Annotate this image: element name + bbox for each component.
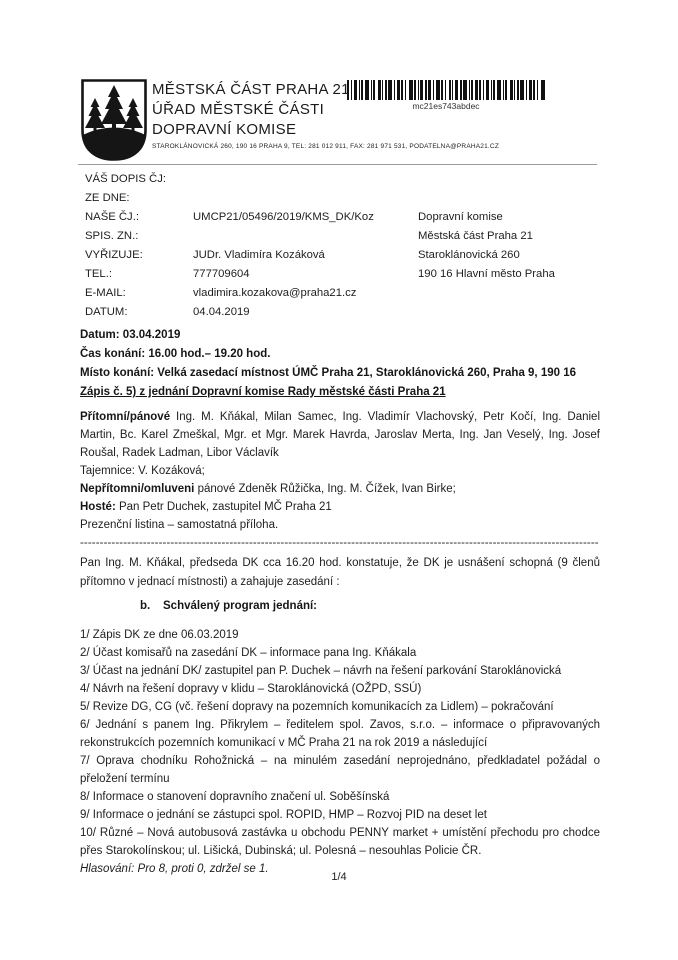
meta-label: VÁŠ DOPIS ČJ: [85, 170, 193, 189]
page-number: 1/4 [0, 871, 678, 883]
program-item: 3/ Účast na jednání DK/ zastupitel pan P… [80, 662, 600, 680]
meta-row: VÁŠ DOPIS ČJ: [85, 170, 600, 189]
meta-value: JUDr. Vladimíra Kozáková [193, 249, 325, 261]
meta-value: UMCP21/05496/2019/KMS_DK/Koz [193, 211, 374, 223]
meta-label: E-MAIL: [85, 284, 193, 303]
meta-label: NAŠE ČJ.: [85, 208, 193, 227]
program-item: 8/ Informace o stanovení dopravního znač… [80, 788, 600, 806]
program-item: 7/ Oprava chodníku Rohožnická – na minul… [80, 752, 600, 788]
secretary-line: Tajemnice: V. Kozáková; [80, 462, 600, 480]
meeting-date-line: Datum: 03.04.2019 [80, 326, 600, 345]
meta-label: SPIS. ZN.: [85, 227, 193, 246]
opening-paragraph: Pan Ing. M. Kňákal, předseda DK cca 16.2… [80, 554, 600, 591]
program-item: 1/ Zápis DK ze dne 06.03.2019 [80, 626, 600, 644]
meeting-time-line: Čas konání: 16.00 hod.– 19.20 hod. [80, 345, 600, 364]
absent-label: Nepřítomni/omluveni [80, 483, 194, 495]
attendance-block: Přítomní/pánové Ing. M. Kňákal, Milan Sa… [80, 408, 600, 552]
meta-row: ZE DNE: [85, 189, 600, 208]
meta-label: VYŘIZUJE: [85, 246, 193, 265]
absent-members-line: Nepřítomni/omluveni pánové Zdeněk Růžičk… [80, 480, 600, 498]
guests-label: Hosté: [80, 501, 116, 513]
present-label: Přítomní/pánové [80, 411, 170, 423]
minutes-title: Zápis č. 5) z jednání Dopravní komise Ra… [80, 383, 600, 402]
header-divider [78, 164, 597, 165]
recipient-line: 190 16 Hlavní město Praha [418, 265, 555, 284]
program-item: 5/ Revize DG, CG (vč. řešení dopravy na … [80, 698, 600, 716]
org-name-line3: DOPRAVNÍ KOMISE [152, 120, 499, 140]
recipient-address-block: Dopravní komise Městská část Praha 21 St… [418, 208, 555, 284]
coat-of-arms-logo [80, 78, 148, 162]
recipient-line: Městská část Praha 21 [418, 227, 555, 246]
program-item: 6/ Jednání s panem Ing. Přikrylem – ředi… [80, 716, 600, 752]
meta-email-value: vladimira.kozakova@praha21.cz [193, 287, 356, 299]
meta-row: E-MAIL:vladimira.kozakova@praha21.cz [85, 284, 600, 303]
program-items-list: 1/ Zápis DK ze dne 06.03.2019 2/ Účast k… [80, 626, 600, 878]
recipient-line: Dopravní komise [418, 208, 555, 227]
program-item: 4/ Návrh na řešení dopravy v klidu – Sta… [80, 680, 600, 698]
guests-line: Hosté: Pan Petr Duchek, zastupitel MČ Pr… [80, 498, 600, 516]
meta-value: 777709604 [193, 268, 250, 280]
program-heading: b.Schválený program jednání: [140, 597, 600, 616]
meta-value: 04.04.2019 [193, 306, 250, 318]
meeting-place-line: Místo konání: Velká zasedací místnost ÚM… [80, 364, 600, 383]
present-members-paragraph: Přítomní/pánové Ing. M. Kňákal, Milan Sa… [80, 408, 600, 462]
letter-meta-block: VÁŠ DOPIS ČJ: ZE DNE: NAŠE ČJ.:UMCP21/05… [85, 170, 600, 322]
guests-names: Pan Petr Duchek, zastupitel MČ Praha 21 [116, 501, 332, 513]
recipient-line: Staroklánovická 260 [418, 246, 555, 265]
barcode-block: mc21es743abdec [347, 80, 545, 111]
document-page: MĚSTSKÁ ČÁST PRAHA 21 ÚŘAD MĚSTSKÉ ČÁSTI… [0, 0, 678, 960]
meta-label: DATUM: [85, 303, 193, 322]
barcode-text: mc21es743abdec [347, 101, 545, 111]
program-item: 10/ Různé – Nová autobusová zastávka u o… [80, 824, 600, 860]
meta-row: DATUM:04.04.2019 [85, 303, 600, 322]
meeting-info-block: Datum: 03.04.2019 Čas konání: 16.00 hod.… [80, 326, 600, 402]
program-heading-text: Schválený program jednání: [163, 600, 317, 612]
meta-label: TEL.: [85, 265, 193, 284]
dashed-separator: ----------------------------------------… [80, 534, 600, 552]
barcode-icon [347, 80, 545, 100]
program-item: 9/ Informace o jednání se zástupci spol.… [80, 806, 600, 824]
absent-names: pánové Zdeněk Růžička, Ing. M. Čížek, Iv… [194, 483, 455, 495]
attendance-sheet-line: Prezenční listina – samostatná příloha. [80, 516, 600, 534]
program-item: 2/ Účast komisařů na zasedání DK – infor… [80, 644, 600, 662]
program-heading-marker: b. [140, 597, 163, 616]
meta-label: ZE DNE: [85, 189, 193, 208]
org-address-line: STAROKLÁNOVICKÁ 260, 190 16 PRAHA 9, TEL… [152, 143, 499, 150]
